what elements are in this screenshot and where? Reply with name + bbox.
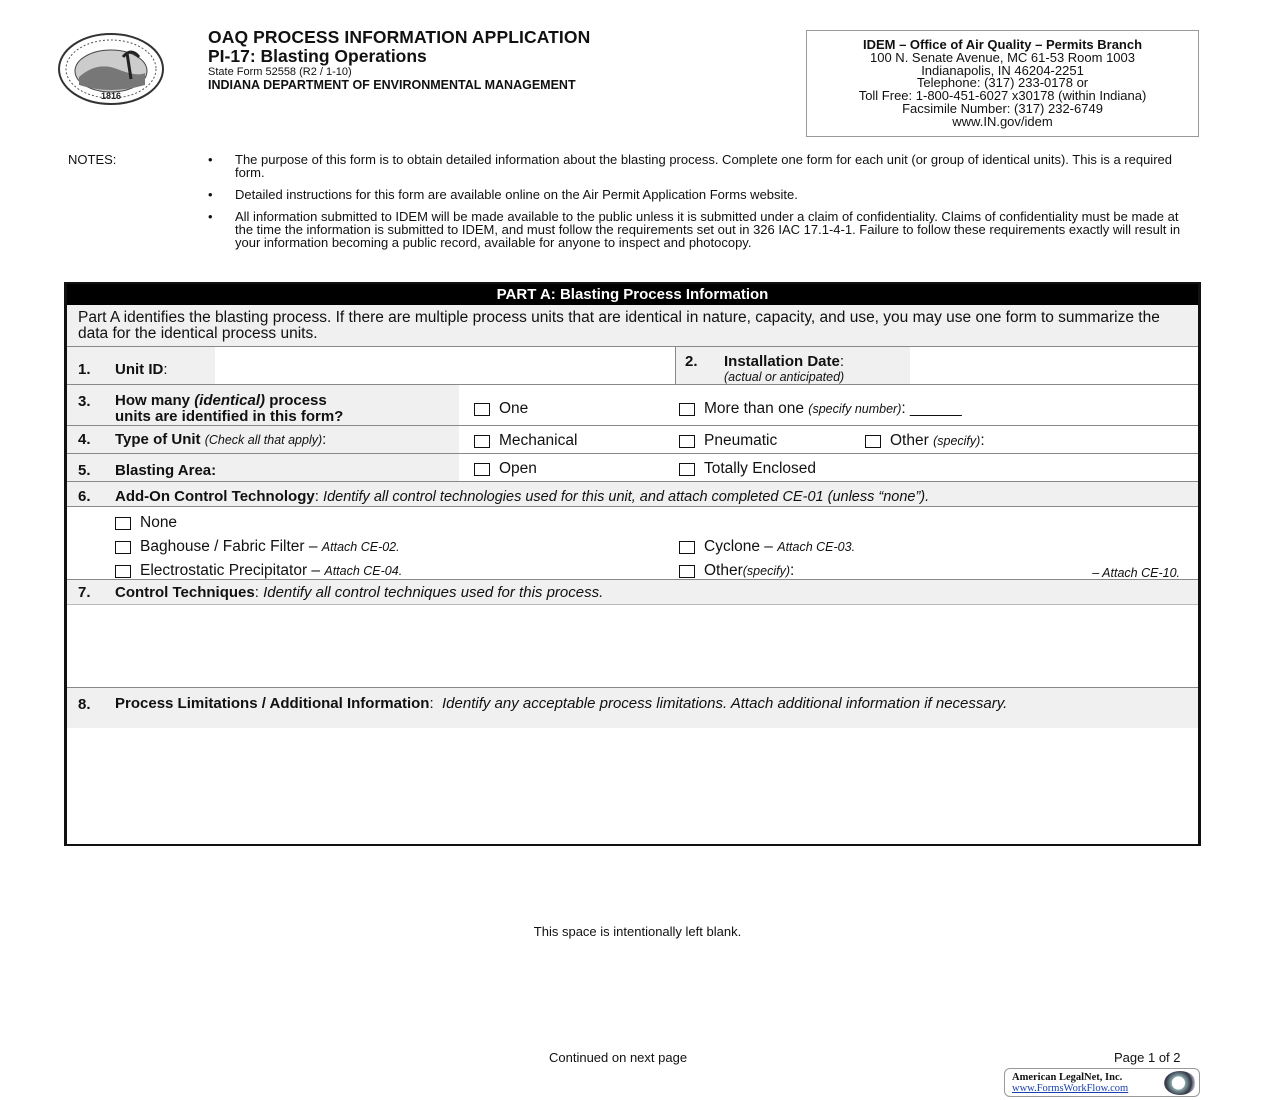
row-add-on-control-header: 6. Add-On Control Technology: Identify a… xyxy=(67,482,1198,506)
type-of-unit-label: Type of Unit (Check all that apply): xyxy=(115,431,326,448)
q6-number: 6. xyxy=(78,488,91,505)
process-limitations-input[interactable] xyxy=(67,728,1198,844)
checkbox[interactable] xyxy=(679,463,695,476)
option-open[interactable]: Open xyxy=(474,460,537,478)
svg-text:1816: 1816 xyxy=(101,91,121,101)
checkbox[interactable] xyxy=(679,435,695,448)
row-control-techniques-header: 7. Control Techniques: Identify all cont… xyxy=(67,580,1198,604)
form-title-block: OAQ PROCESS INFORMATION APPLICATION PI-1… xyxy=(208,28,590,93)
blasting-area-label: Blasting Area: xyxy=(115,462,216,479)
blank-space-note: This space is intentionally left blank. xyxy=(0,924,1275,939)
checkbox[interactable] xyxy=(679,541,695,554)
row-type-of-unit: 4. Type of Unit (Check all that apply): … xyxy=(67,426,1198,453)
unit-id-input[interactable] xyxy=(217,347,673,384)
bullet-icon: • xyxy=(208,209,213,224)
q3-number: 3. xyxy=(78,393,91,410)
add-on-control-label: Add-On Control Technology: Identify all … xyxy=(115,488,929,505)
process-limitations-label: Process Limitations / Additional Informa… xyxy=(115,696,1158,712)
form-title: OAQ PROCESS INFORMATION APPLICATION xyxy=(208,28,590,47)
add-on-control-options: None Baghouse / Fabric Filter – Attach C… xyxy=(67,507,1198,579)
row-identical-units: 3. How many (identical) process units ar… xyxy=(67,385,1198,425)
option-one[interactable]: One xyxy=(474,400,528,418)
office-website[interactable]: www.IN.gov/idem xyxy=(807,116,1198,129)
q5-number: 5. xyxy=(78,462,91,479)
installation-date-label: Installation Date: xyxy=(724,353,844,370)
installation-date-hint: (actual or anticipated) xyxy=(724,370,844,384)
checkbox[interactable] xyxy=(474,463,490,476)
part-a-section: PART A: Blasting Process Information Par… xyxy=(64,282,1201,846)
option-none[interactable]: None xyxy=(115,514,177,532)
option-other-control[interactable]: Other (specify): xyxy=(679,562,794,580)
q7-number: 7. xyxy=(78,584,91,601)
option-pneumatic[interactable]: Pneumatic xyxy=(679,432,777,450)
indiana-state-seal: 1816 xyxy=(57,33,165,105)
brand-url-link[interactable]: www.FormsWorkFlow.com xyxy=(1012,1083,1128,1094)
q1-number: 1. xyxy=(78,361,91,378)
control-techniques-input[interactable] xyxy=(67,605,1198,687)
row-blasting-area: 5. Blasting Area: Open Totally Enclosed xyxy=(67,454,1198,481)
q4-number: 4. xyxy=(78,431,91,448)
row-unit-id-installation-date: 1. Unit ID: 2. Installation Date: (actua… xyxy=(67,347,1198,384)
checkbox[interactable] xyxy=(474,435,490,448)
note-item: All information submitted to IDEM will b… xyxy=(235,211,1195,249)
note-item: Detailed instructions for this form are … xyxy=(235,189,1195,202)
brand-name: American LegalNet, Inc. xyxy=(1012,1072,1122,1083)
identical-units-label: How many (identical) process units are i… xyxy=(115,393,343,425)
office-address-box: IDEM – Office of Air Quality – Permits B… xyxy=(806,30,1199,137)
q2-number: 2. xyxy=(685,353,698,370)
unit-id-label: Unit ID: xyxy=(115,361,168,378)
department-name: INDIANA DEPARTMENT OF ENVIRONMENTAL MANA… xyxy=(208,78,590,93)
checkbox[interactable] xyxy=(115,565,131,578)
continued-note: Continued on next page xyxy=(549,1050,687,1065)
option-baghouse[interactable]: Baghouse / Fabric Filter – Attach CE-02. xyxy=(115,538,400,556)
row-process-limitations-header: 8. Process Limitations / Additional Info… xyxy=(67,688,1198,728)
american-legalnet-badge[interactable]: American LegalNet, Inc. www.FormsWorkFlo… xyxy=(1004,1068,1200,1097)
checkbox[interactable] xyxy=(115,541,131,554)
checkbox[interactable] xyxy=(865,435,881,448)
option-electrostatic-precipitator[interactable]: Electrostatic Precipitator – Attach CE-0… xyxy=(115,562,402,580)
checkbox[interactable] xyxy=(679,565,695,578)
bullet-icon: • xyxy=(208,152,213,167)
checkbox[interactable] xyxy=(679,403,695,416)
notes-label: NOTES: xyxy=(68,152,116,167)
checkbox[interactable] xyxy=(115,517,131,530)
option-mechanical[interactable]: Mechanical xyxy=(474,432,577,450)
option-totally-enclosed[interactable]: Totally Enclosed xyxy=(679,460,816,478)
page-number: Page 1 of 2 xyxy=(1114,1050,1181,1065)
option-more-than-one[interactable]: More than one (specify number) : ______ xyxy=(679,400,962,418)
control-techniques-label: Control Techniques: Identify all control… xyxy=(115,584,603,601)
form-subtitle: PI-17: Blasting Operations xyxy=(208,47,590,66)
note-item: The purpose of this form is to obtain de… xyxy=(235,154,1195,180)
installation-date-input[interactable] xyxy=(912,347,1198,384)
part-a-header: PART A: Blasting Process Information xyxy=(67,284,1198,305)
option-cyclone[interactable]: Cyclone – Attach CE-03. xyxy=(679,538,855,556)
part-a-intro-text: Part A identifies the blasting process. … xyxy=(78,310,1178,342)
bullet-icon: • xyxy=(208,187,213,202)
attach-ce-10: – Attach CE-10. xyxy=(1092,566,1180,580)
form-number: State Form 52558 (R2 / 1-10) xyxy=(208,66,590,78)
part-a-intro: Part A identifies the blasting process. … xyxy=(67,305,1198,346)
option-other-unit-type[interactable]: Other (specify): xyxy=(865,432,985,450)
checkbox[interactable] xyxy=(474,403,490,416)
q8-number: 8. xyxy=(78,696,91,713)
globe-icon xyxy=(1164,1071,1196,1095)
